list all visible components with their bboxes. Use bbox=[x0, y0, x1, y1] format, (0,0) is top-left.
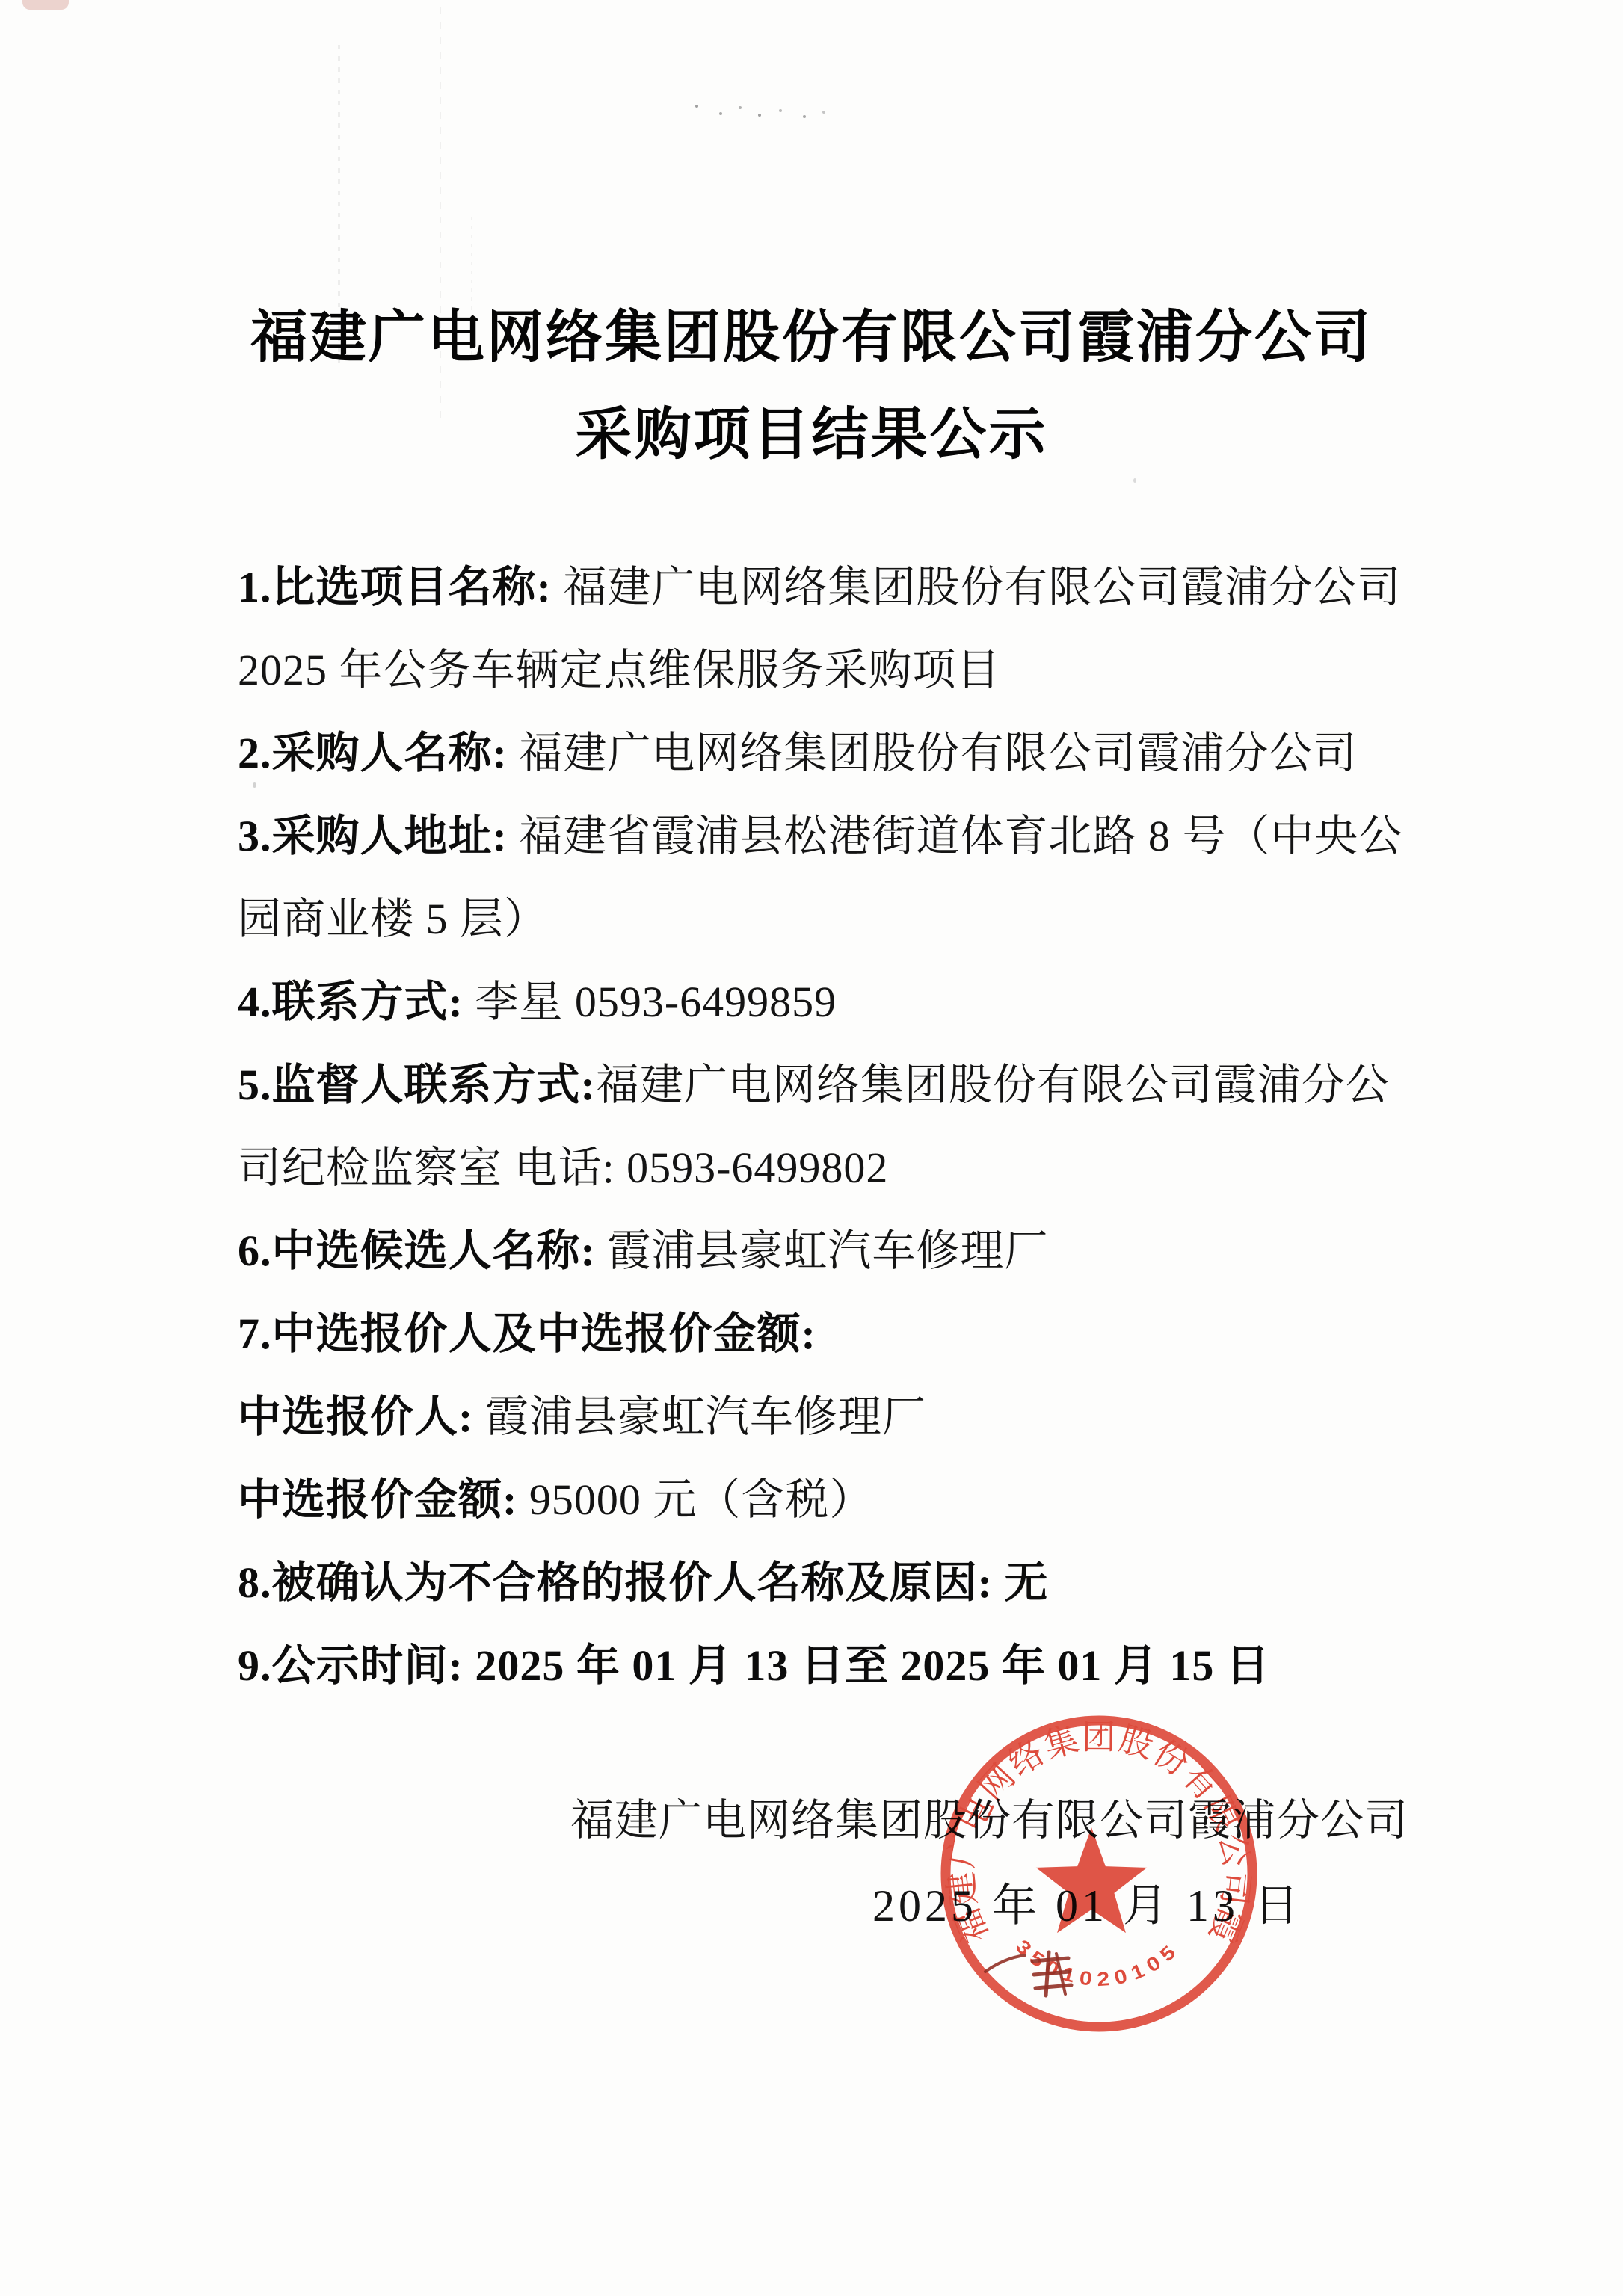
body-line: 6.中选候选人名称: 霞浦县豪虹汽车修理厂 bbox=[238, 1209, 1426, 1292]
body-line-segment: 2025 年公务车辆定点维保服务采购项目 bbox=[238, 646, 1001, 694]
title-line-2: 采购项目结果公示 bbox=[0, 386, 1623, 484]
body-line: 3.采购人地址: 福建省霞浦县松港街道体育北路 8 号（中央公 bbox=[238, 794, 1426, 877]
body-line: 8.被确认为不合格的报价人名称及原因: 无 bbox=[238, 1541, 1426, 1624]
body-line: 5.监督人联系方式:福建广电网络集团股份有限公司霞浦分公 bbox=[238, 1043, 1426, 1126]
body-line-segment: 95000 元（含税） bbox=[529, 1475, 874, 1524]
body-line-segment: 7.中选报价人及中选报价金额: bbox=[238, 1309, 816, 1358]
body-line-segment: 2.采购人名称: bbox=[238, 729, 519, 777]
body-line: 园商业楼 5 层） bbox=[238, 877, 1426, 960]
body-line-segment: 福建省霞浦县松港街道体育北路 8 号（中央公 bbox=[519, 812, 1402, 860]
seal-ring-text: 福建广电网络集团股份有限公司霞浦分公司 bbox=[937, 1712, 1257, 1950]
body-line: 4.联系方式: 李星 0593-6499859 bbox=[238, 960, 1426, 1043]
document-body: 1.比选项目名称: 福建广电网络集团股份有限公司霞浦分公司2025 年公务车辆定… bbox=[238, 546, 1426, 1707]
body-line: 司纪检监察室 电话: 0593-6499802 bbox=[238, 1126, 1426, 1209]
seal-star-icon bbox=[1036, 1827, 1147, 1933]
body-line-segment: 园商业楼 5 层） bbox=[238, 895, 548, 943]
body-line-segment: 2025 年 01 月 13 日至 2025 年 01 月 15 日 bbox=[475, 1641, 1270, 1690]
body-line-segment: 5.监督人联系方式: bbox=[238, 1061, 596, 1109]
svg-text:3501020105: 3501020105 bbox=[1011, 1935, 1184, 1990]
body-line-segment: 霞浦县豪虹汽车修理厂 bbox=[485, 1392, 926, 1441]
body-line: 2025 年公务车辆定点维保服务采购项目 bbox=[238, 629, 1426, 712]
title-line-1: 福建广电网络集团股份有限公司霞浦分公司 bbox=[0, 289, 1623, 386]
document-page: 福建广电网络集团股份有限公司霞浦分公司 采购项目结果公示 1.比选项目名称: 福… bbox=[0, 0, 1623, 2296]
body-line-segment: 4.联系方式: bbox=[238, 978, 475, 1026]
body-line-segment: 9.公示时间: bbox=[238, 1641, 475, 1690]
body-line-segment: 李星 0593-6499859 bbox=[475, 978, 837, 1026]
body-line: 1.比选项目名称: 福建广电网络集团股份有限公司霞浦分公司 bbox=[238, 546, 1426, 629]
body-line-segment: 霞浦县豪虹汽车修理厂 bbox=[607, 1226, 1048, 1275]
body-line-segment: 8.被确认为不合格的报价人名称及原因: 无 bbox=[238, 1558, 1048, 1607]
document-title: 福建广电网络集团股份有限公司霞浦分公司 采购项目结果公示 bbox=[0, 289, 1623, 484]
body-line-segment: 福建广电网络集团股份有限公司霞浦分公司 bbox=[519, 729, 1357, 777]
body-line-segment: 福建广电网络集团股份有限公司霞浦分公 bbox=[596, 1061, 1390, 1109]
body-line: 中选报价金额: 95000 元（含税） bbox=[238, 1458, 1426, 1541]
body-line-segment: 中选报价金额: bbox=[238, 1475, 529, 1524]
body-line-segment: 1.比选项目名称: bbox=[238, 563, 563, 611]
company-seal: 福建广电网络集团股份有限公司霞浦分公司 3501020105 bbox=[937, 1712, 1263, 2037]
svg-text:福建广电网络集团股份有限公司霞浦分公司: 福建广电网络集团股份有限公司霞浦分公司 bbox=[937, 1712, 1257, 1950]
body-line: 2.采购人名称: 福建广电网络集团股份有限公司霞浦分公司 bbox=[238, 712, 1426, 794]
seal-number: 3501020105 bbox=[1011, 1935, 1184, 1990]
body-line-segment: 6.中选候选人名称: bbox=[238, 1226, 607, 1275]
body-line-segment: 3.采购人地址: bbox=[238, 812, 519, 860]
body-line: 中选报价人: 霞浦县豪虹汽车修理厂 bbox=[238, 1375, 1426, 1458]
body-line-segment: 中选报价人: bbox=[238, 1392, 485, 1441]
body-line: 9.公示时间: 2025 年 01 月 13 日至 2025 年 01 月 15… bbox=[238, 1624, 1426, 1707]
body-line: 7.中选报价人及中选报价金额: bbox=[238, 1292, 1426, 1375]
scan-artifact-corner-smear bbox=[22, 0, 69, 10]
body-line-segment: 司纪检监察室 电话: 0593-6499802 bbox=[238, 1144, 888, 1192]
scan-artifact-smudge bbox=[695, 105, 698, 108]
body-line-segment: 福建广电网络集团股份有限公司霞浦分公司 bbox=[563, 563, 1401, 611]
